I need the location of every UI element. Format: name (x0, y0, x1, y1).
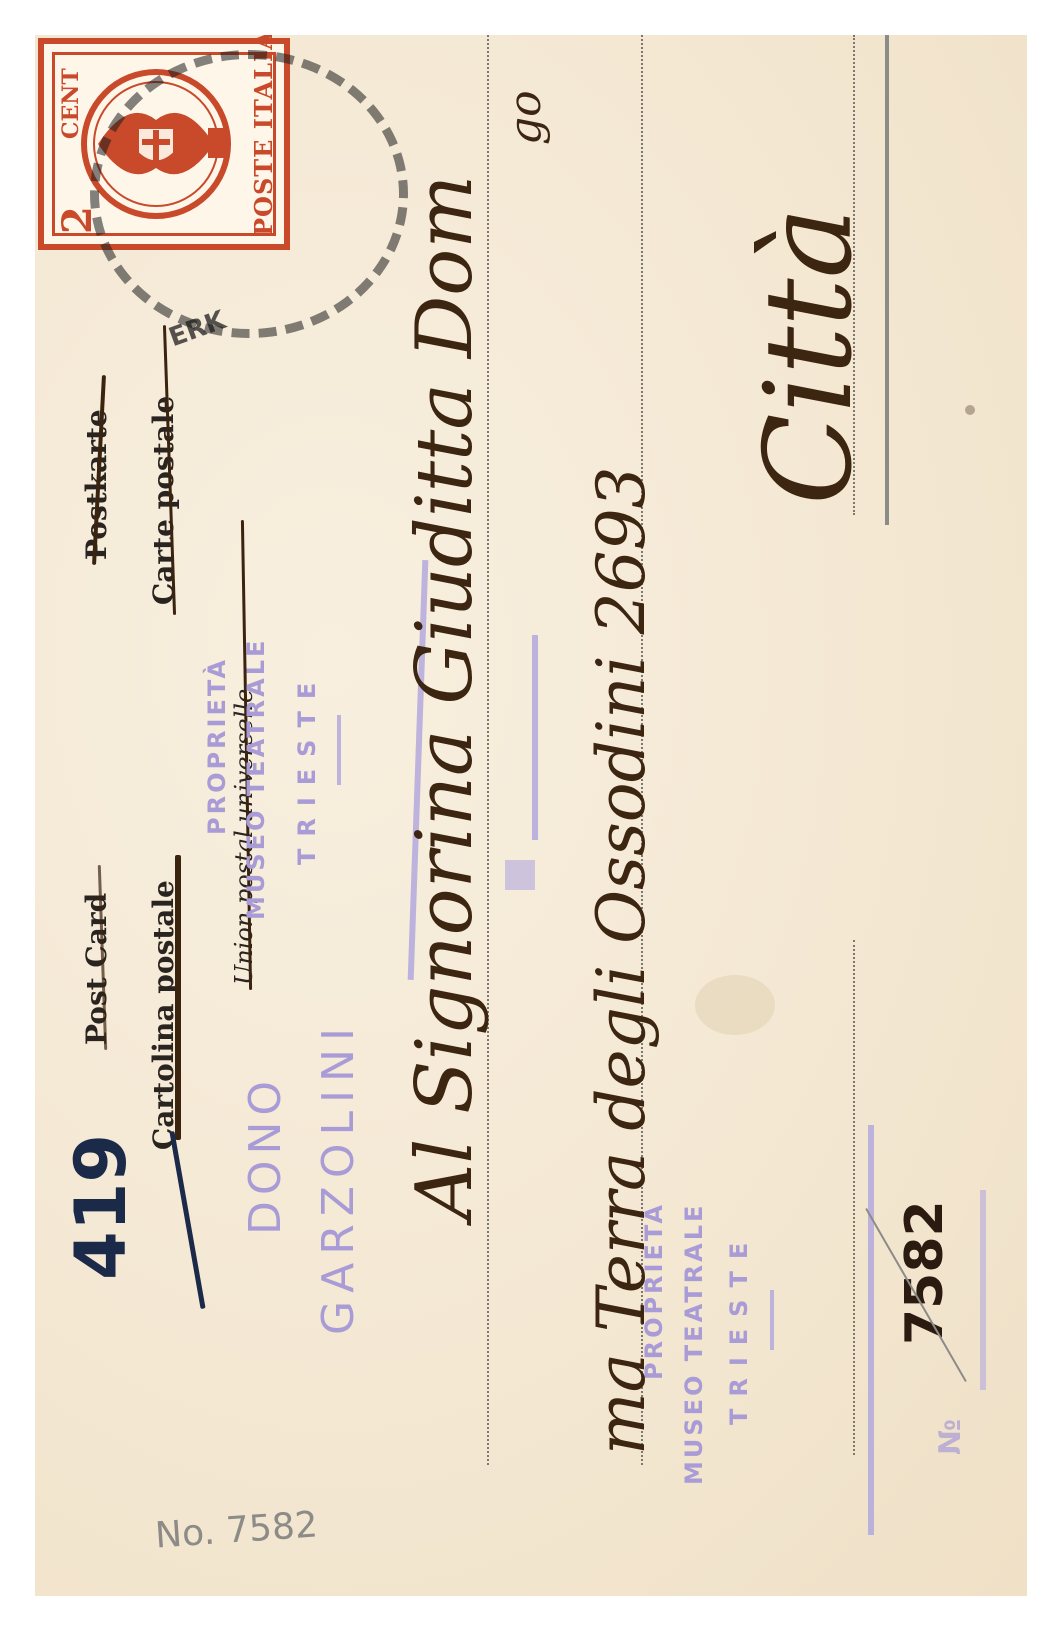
postcard: POSTE ITALIANE CENT 2 ERK Postkarte Post… (35, 35, 1027, 1596)
stamp-currency: CENT (58, 68, 84, 139)
number-prefix: № (933, 1416, 968, 1455)
address-line-4 (853, 940, 855, 1455)
address-rule (885, 35, 889, 525)
catalog-underline (169, 1131, 205, 1309)
stamp-dash (770, 1290, 774, 1350)
heading-carte-postale: Carte postale (147, 396, 180, 605)
ownership-stamp-line3: TRIESTE (293, 671, 321, 865)
donation-stamp-line2: GARZOLINI (313, 1020, 364, 1335)
pencil-note: No. 7582 (154, 1504, 319, 1556)
donation-stamp-line1: DONO (240, 1075, 291, 1235)
catalog-number: 419 (60, 1134, 142, 1280)
postmark (90, 50, 408, 338)
violet-bar (505, 860, 535, 890)
ownership-stamp2-line3: TRIESTE (725, 1231, 753, 1425)
stain (695, 975, 775, 1035)
ownership-stamp-line1: PROPRIETÀ (203, 657, 231, 835)
heading-post-card: Post Card (80, 893, 113, 1045)
handwritten-address-line1-suffix: go (500, 90, 551, 145)
ownership-stamp-line2: MUSEO TEATRALE (242, 638, 270, 920)
violet-bar (868, 1125, 874, 1535)
handwritten-address-line2: ma Terra degli Ossodini 2693 (583, 466, 660, 1455)
handwritten-address-line1: Al Signorina Giuditta Dom (400, 175, 490, 1220)
violet-bar (980, 1190, 986, 1390)
stain (965, 405, 975, 415)
strikethrough (175, 855, 181, 1140)
ownership-stamp2-line2: MUSEO TEATRALE (680, 1203, 708, 1485)
violet-bar (532, 635, 538, 840)
stamp-dash (337, 715, 341, 785)
handwritten-address-line3: Città (740, 207, 879, 505)
